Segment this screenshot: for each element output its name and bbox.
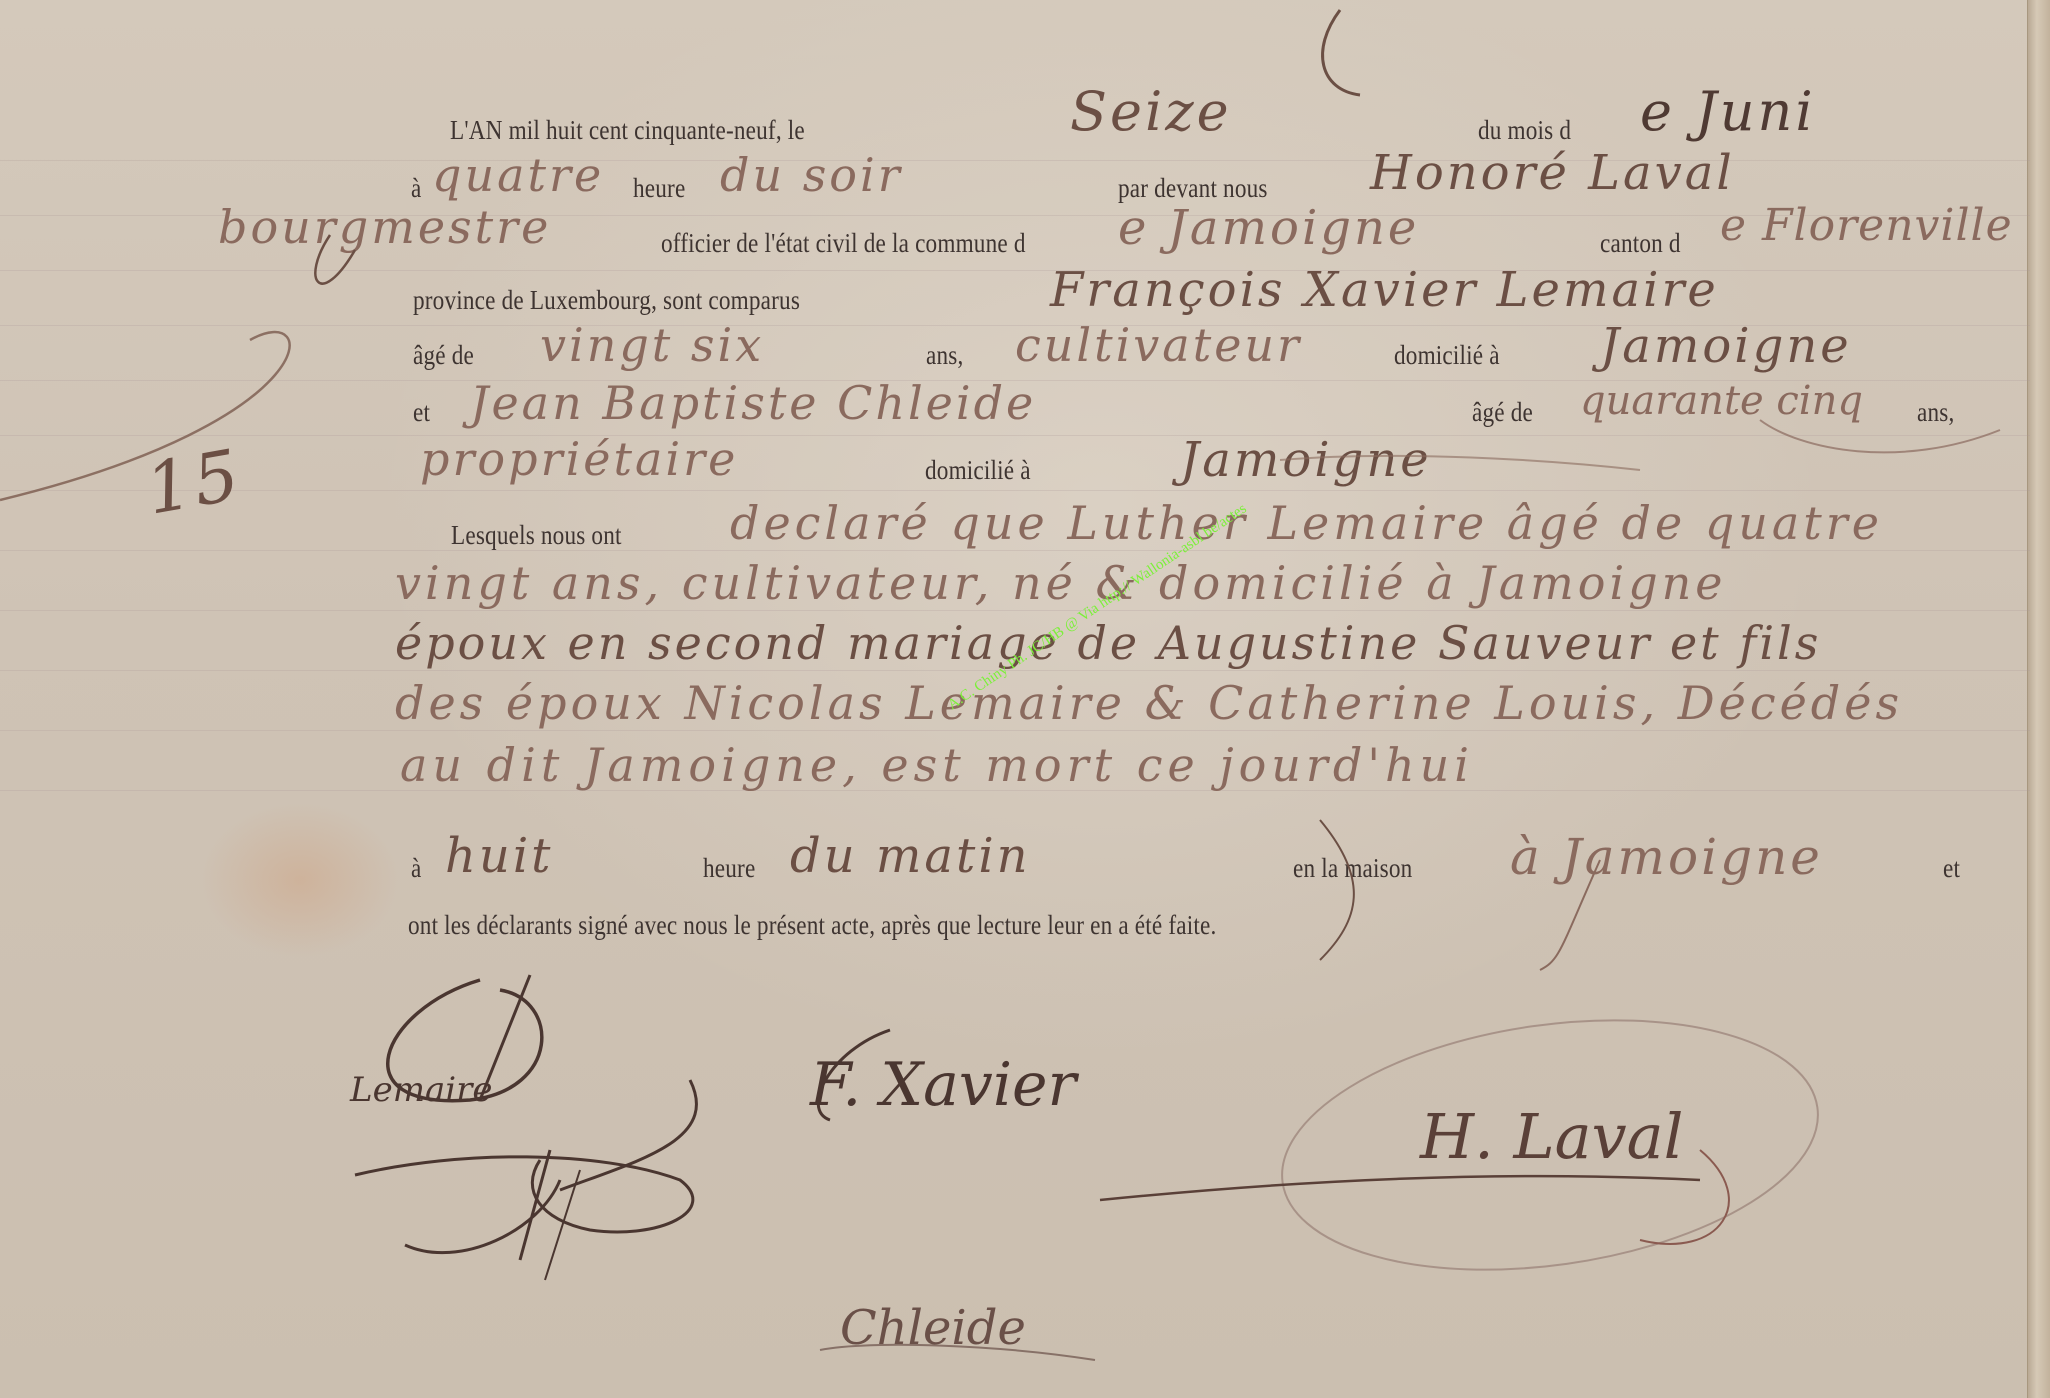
handwritten-officer-title: bourgmestre	[218, 200, 551, 254]
printed-officier-line: officier de l'état civil de la commune d	[661, 228, 1026, 259]
printed-et: et	[413, 397, 430, 428]
handwritten-declarant2-domicile: Jamoigne	[1180, 432, 1432, 488]
handwritten-death-hour: huit	[445, 828, 553, 884]
handwritten-declaration-line-3: époux en second mariage de Augustine Sau…	[395, 616, 1821, 670]
margin-record-number: 15	[140, 433, 248, 530]
handwritten-declaration-line-1: declaré que Luther Lemaire âgé de quatre	[730, 496, 1883, 550]
printed-a-2: à	[411, 853, 421, 884]
printed-canton-label: canton d	[1600, 228, 1681, 259]
handwritten-month: e Juni	[1640, 80, 1816, 143]
printed-year-line: L'AN mil huit cent cinquante-neuf, le	[450, 115, 805, 146]
signature-h-laval: H. Laval	[1420, 1100, 1683, 1173]
handwritten-commune: e Jamoigne	[1118, 200, 1419, 256]
ruled-line	[0, 610, 2030, 611]
printed-ans-2: ans,	[1917, 397, 1954, 428]
printed-heure: heure	[633, 173, 685, 204]
handwritten-declarant2-age: quarante cinq	[1580, 378, 1863, 424]
ruled-line	[0, 730, 2030, 731]
handwritten-declaration-line-2: vingt ans, cultivateur, né & domicilié à…	[395, 556, 1727, 610]
handwritten-death-time-of-day: du matin	[790, 828, 1031, 884]
handwritten-declaration-line-5: au dit Jamoigne, est mort ce jourd'hui	[400, 738, 1474, 792]
page-edge	[2027, 0, 2050, 1398]
signature-chleide: Chleide	[840, 1300, 1026, 1356]
printed-age-label-2: âgé de	[1472, 397, 1533, 428]
printed-en-la-maison: en la maison	[1293, 853, 1412, 884]
handwritten-declarant1-domicile: Jamoigne	[1600, 318, 1852, 374]
ruled-line	[0, 490, 2030, 491]
handwritten-canton: e Florenville	[1720, 200, 2013, 251]
signature-lemaire: Lemaire	[350, 1070, 492, 1110]
handwritten-death-place: à Jamoigne	[1510, 828, 1823, 886]
handwritten-declarant1-age: vingt six	[540, 318, 764, 372]
handwritten-declarant1-occupation: cultivateur	[1015, 318, 1302, 372]
printed-month-label: du mois d	[1478, 115, 1571, 146]
handwritten-day: Seize	[1070, 80, 1232, 143]
signature-f-xavier: F. Xavier	[810, 1050, 1076, 1120]
handwritten-officer-name: Honoré Laval	[1370, 145, 1735, 201]
printed-closing-line: ont les déclarants signé avec nous le pr…	[408, 910, 1216, 941]
handwritten-declaration-line-4: des époux Nicolas Lemaire & Catherine Lo…	[395, 676, 1903, 730]
ruled-line	[0, 550, 2030, 551]
handwritten-declarant1-name: François Xavier Lemaire	[1050, 262, 1719, 318]
printed-domicilie-label-2: domicilié à	[925, 455, 1031, 486]
handwritten-time-of-day: du soir	[720, 148, 903, 202]
handwritten-declarant2-name: Jean Baptiste Chleide	[470, 376, 1036, 430]
printed-province-line: province de Luxembourg, sont comparus	[413, 285, 800, 316]
ruled-line	[0, 435, 2030, 436]
ruled-line	[0, 270, 2030, 271]
printed-ans: ans,	[926, 340, 963, 371]
printed-heure-2: heure	[703, 853, 755, 884]
printed-et-2: et	[1943, 853, 1960, 884]
handwritten-declarant2-occupation: propriétaire	[420, 432, 738, 486]
handwritten-hour: quatre	[432, 148, 604, 202]
printed-domicilie-label: domicilié à	[1394, 340, 1500, 371]
printed-age-label: âgé de	[413, 340, 474, 371]
printed-lesquels: Lesquels nous ont	[451, 520, 622, 551]
